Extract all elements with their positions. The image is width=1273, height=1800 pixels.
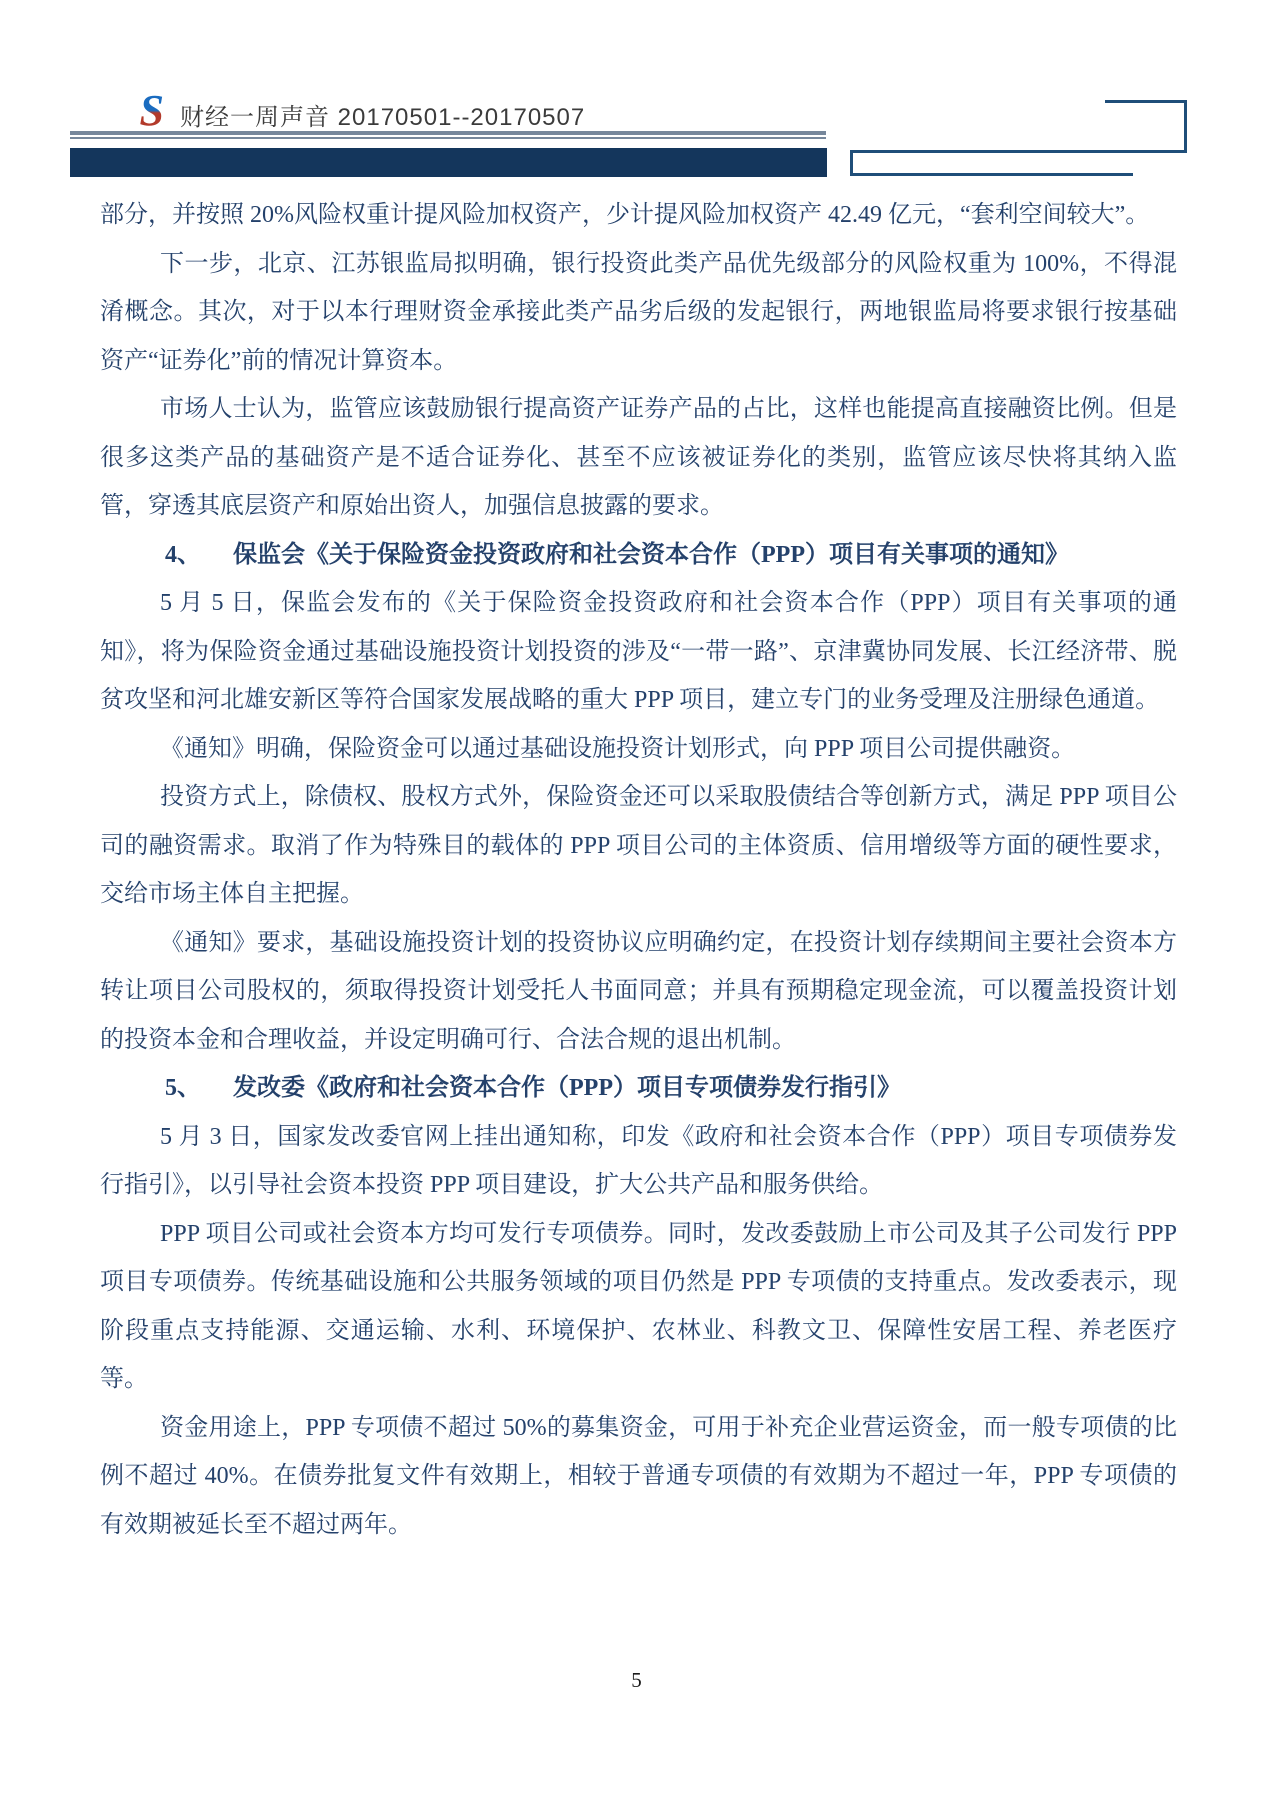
page-number: 5 — [0, 1668, 1273, 1693]
section-heading-5: 5、发改委《政府和社会资本合作（PPP）项目专项债券发行指引》 — [100, 1064, 1177, 1113]
decorative-frame-line — [1105, 100, 1187, 103]
svg-text:S: S — [140, 88, 164, 132]
decorative-frame-line — [1184, 100, 1187, 153]
paragraph: 市场人士认为，监管应该鼓励银行提高资产证券产品的占比，这样也能提高直接融资比例。… — [100, 385, 1177, 531]
section-number: 4、 — [165, 542, 201, 568]
paragraph: 投资方式上，除债权、股权方式外，保险资金还可以采取股债结合等创新方式，满足 PP… — [100, 773, 1177, 919]
paragraph: 5 月 3 日，国家发改委官网上挂出通知称，印发《政府和社会资本合作（PPP）项… — [100, 1113, 1177, 1210]
header-title: 财经一周声音 20170501--20170507 — [180, 97, 585, 132]
brand-logo-icon: S — [136, 88, 168, 132]
section-heading-4: 4、保监会《关于保险资金投资政府和社会资本合作（PPP）项目有关事项的通知》 — [100, 531, 1177, 580]
decorative-frame-line — [850, 173, 1133, 176]
paragraph: 下一步，北京、江苏银监局拟明确，银行投资此类产品优先级部分的风险权重为 100%… — [100, 240, 1177, 386]
decorative-frame-line — [850, 150, 1187, 153]
header-double-rule — [70, 131, 826, 139]
section-title: 保监会《关于保险资金投资政府和社会资本合作（PPP）项目有关事项的通知》 — [233, 542, 1069, 568]
document-page: S 财经一周声音 20170501--20170507 部分，并按照 20%风险… — [0, 0, 1273, 1800]
paragraph: PPP 项目公司或社会资本方均可发行专项债券。同时，发改委鼓励上市公司及其子公司… — [100, 1210, 1177, 1404]
paragraph: 5 月 5 日，保监会发布的《关于保险资金投资政府和社会资本合作（PPP）项目有… — [100, 579, 1177, 725]
paragraph: 《通知》要求，基础设施投资计划的投资协议应明确约定，在投资计划存续期间主要社会资… — [100, 919, 1177, 1065]
section-number: 5、 — [165, 1075, 201, 1101]
paragraph: 《通知》明确，保险资金可以通过基础设施投资计划形式，向 PPP 项目公司提供融资… — [100, 725, 1177, 774]
paragraph: 资金用途上，PPP 专项债不超过 50%的募集资金，可用于补充企业营运资金，而一… — [100, 1404, 1177, 1550]
paragraph: 部分，并按照 20%风险权重计提风险加权资产，少计提风险加权资产 42.49 亿… — [100, 191, 1177, 240]
section-title: 发改委《政府和社会资本合作（PPP）项目专项债券发行指引》 — [233, 1075, 901, 1101]
document-text: 部分，并按照 20%风险权重计提风险加权资产，少计提风险加权资产 42.49 亿… — [100, 191, 1177, 1549]
header-navy-bar — [70, 148, 827, 177]
